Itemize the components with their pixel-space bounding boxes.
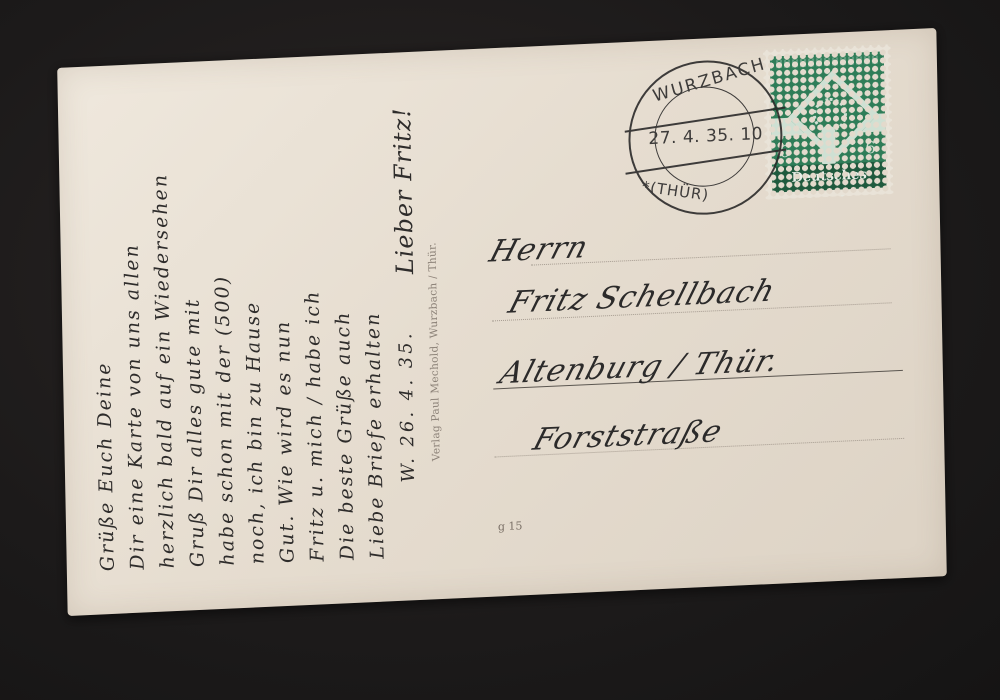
postage-stamp: 6 6 Deutsches Reich: [763, 44, 894, 200]
raised-fist-icon: [821, 126, 836, 165]
message-line: habe schon mit der (500): [211, 274, 239, 566]
stamp-design: 6 6 Deutsches Reich: [770, 51, 886, 192]
postcard: Liebe Briefe erhalten Die beste Grüße au…: [57, 28, 947, 616]
address-city: Altenburg / Thür.: [496, 343, 784, 391]
message-line: herzlich bald auf ein Wiedersehen: [149, 172, 179, 568]
address-name: Fritz Schellbach: [504, 273, 779, 321]
publisher-imprint-area: Verlag Paul Mechold, Wurzbach / Thür.: [425, 160, 451, 461]
stamp-country: Deutsches Reich: [772, 161, 886, 192]
message-line: Dir eine Karte von uns allen: [121, 243, 149, 571]
address-street: Forststraße: [529, 414, 727, 458]
message-line: Liebe Briefe erhalten: [362, 311, 389, 559]
publisher-imprint: Verlag Paul Mechold, Wurzbach / Thür.: [426, 242, 442, 461]
postmark: WURZBACH 27. 4. 35. 10 *(THÜR): [627, 57, 784, 218]
message-line: Die beste Grüße auch: [332, 310, 359, 561]
message-line: Fritz u. mich / habe ich: [301, 289, 328, 562]
message-date: W. 26. 4. 35.: [395, 330, 419, 483]
address-salutation: Herrn: [485, 230, 593, 270]
message-line: Grüße Euch Deine: [93, 361, 119, 572]
stamp-caption: [776, 56, 878, 69]
message-line: Gruß Dir alles gute mit: [182, 297, 209, 567]
stamp-value-right: 6: [865, 138, 876, 157]
message-greeting: Lieber Fritz!: [388, 106, 419, 275]
message-line: noch, ich bin zu Hause: [242, 300, 269, 565]
message-line: Gut. Wie wird es nun: [272, 319, 299, 563]
print-code: g 15: [498, 519, 523, 533]
